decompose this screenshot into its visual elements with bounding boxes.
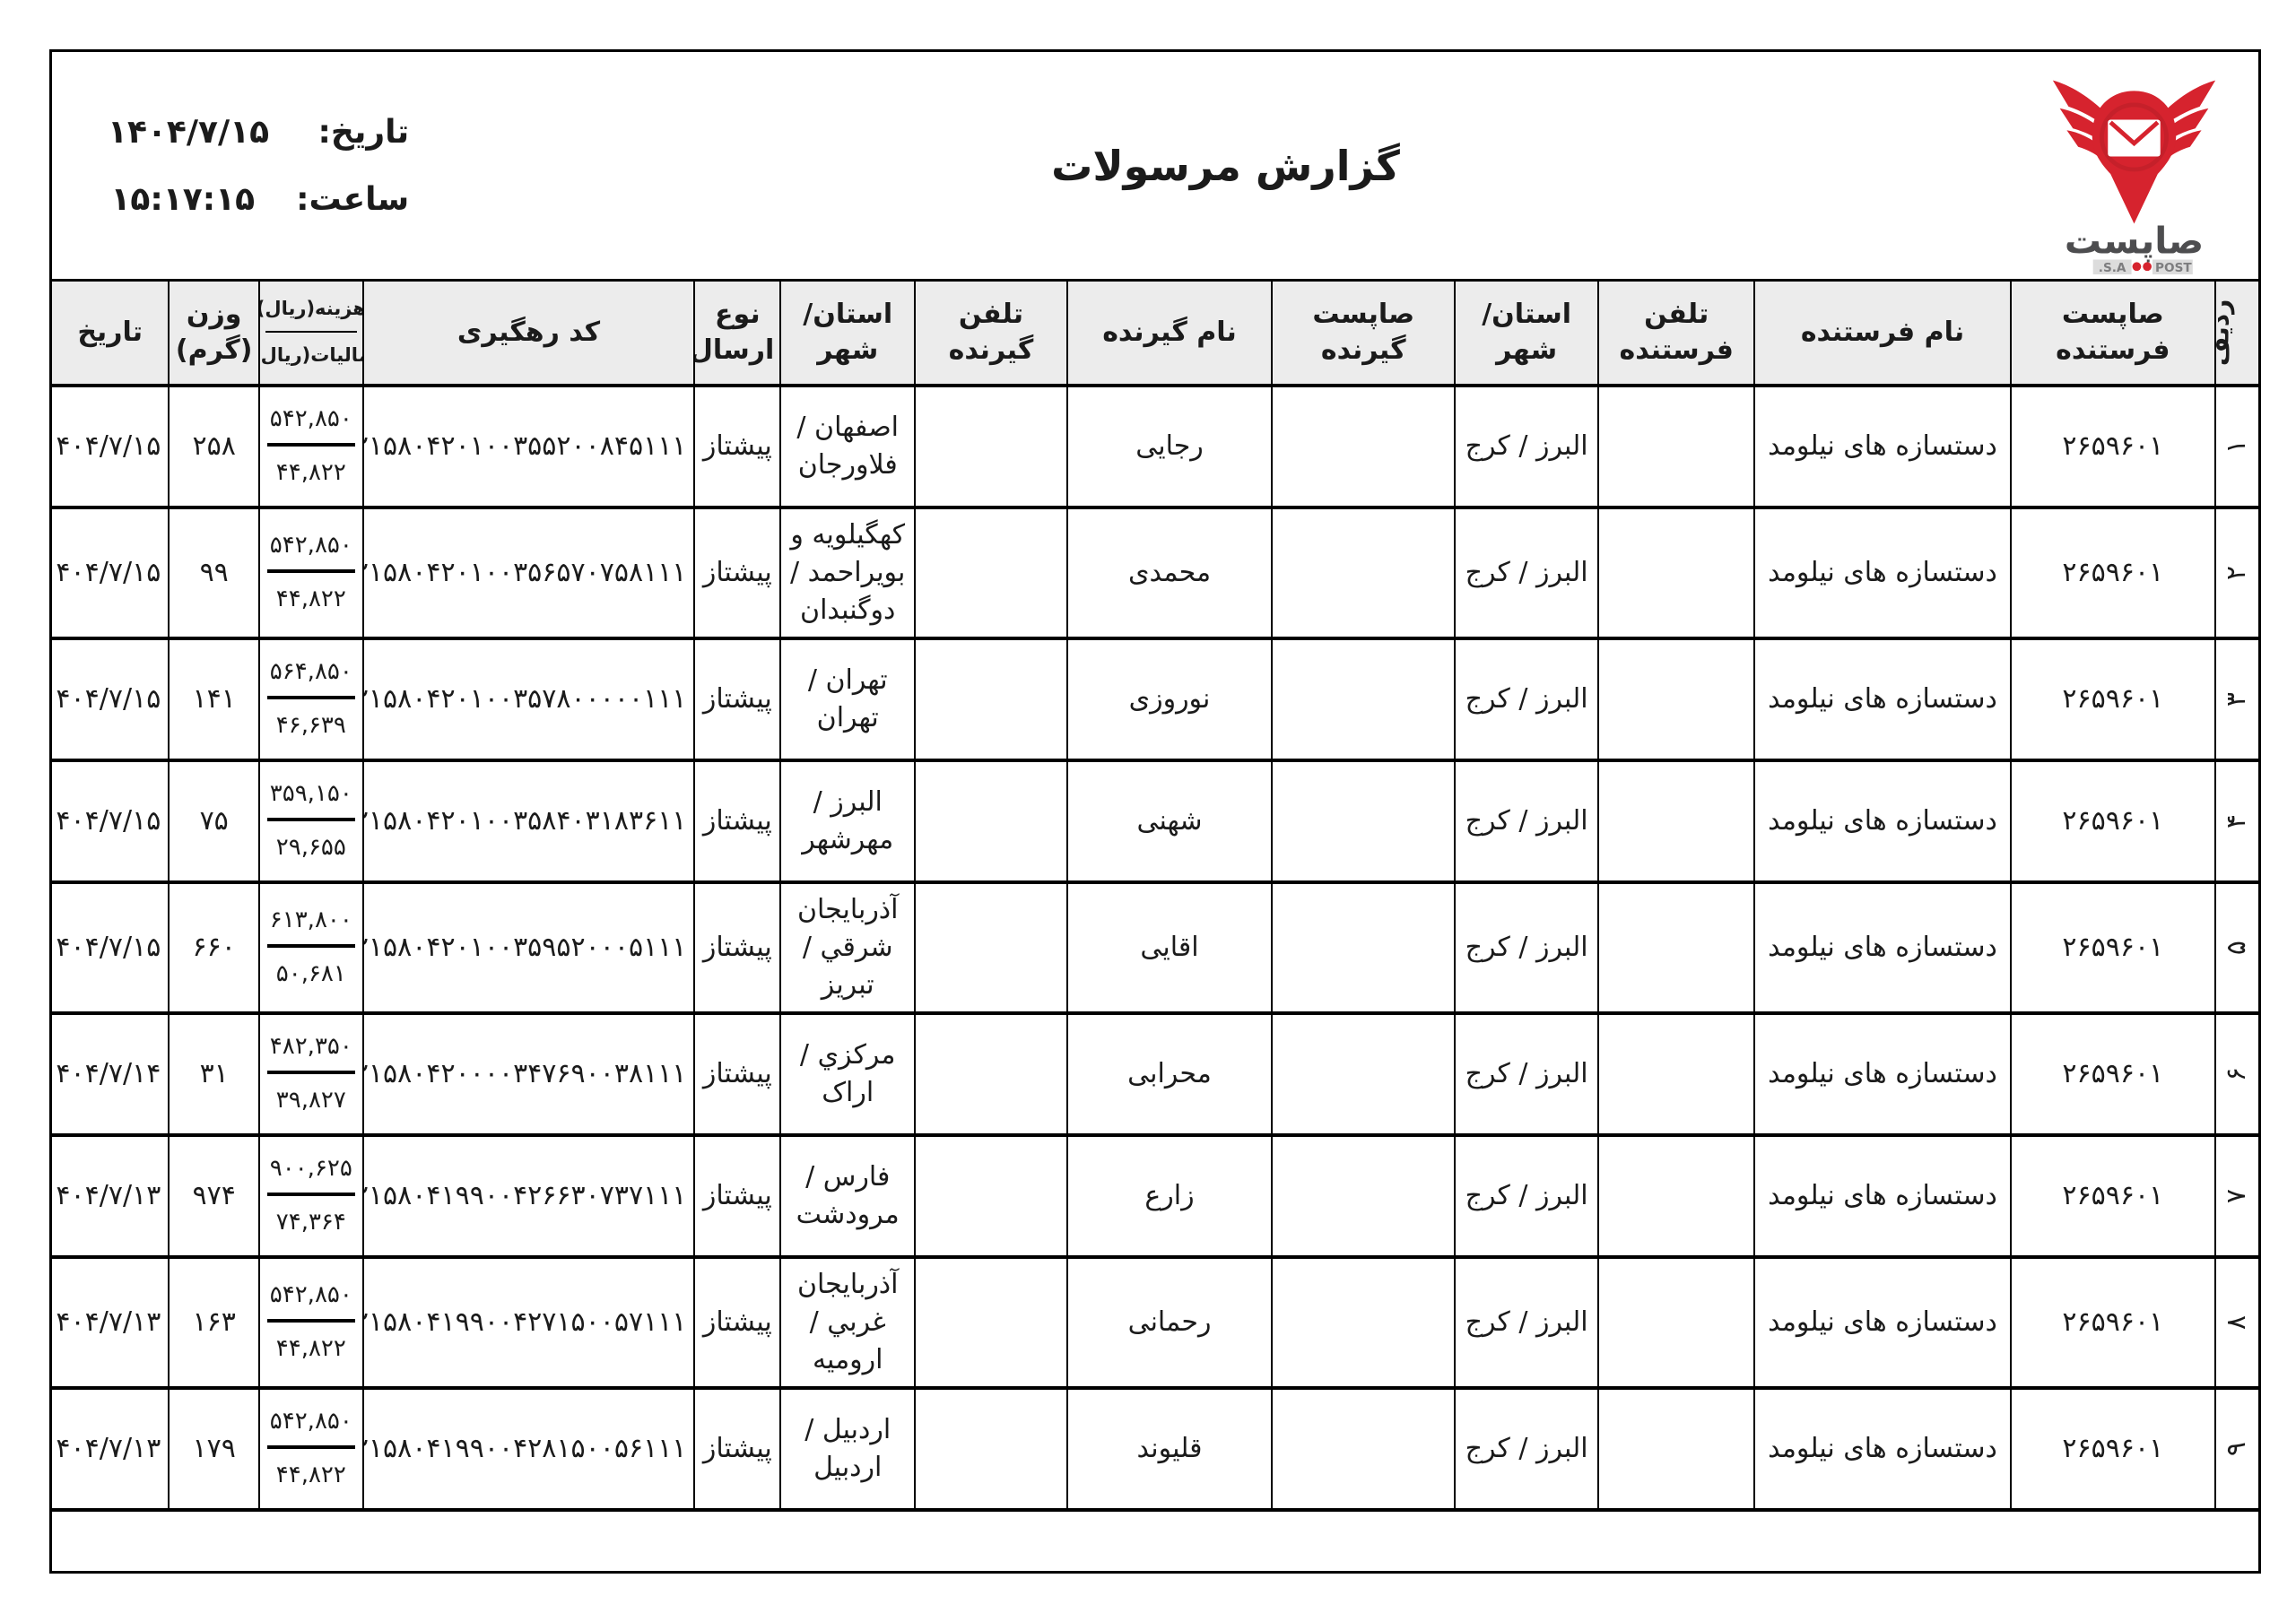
logo-brand-fa: صاپست	[2065, 219, 2204, 262]
cell-sender-sapost: ۲۶۵۹۶۰۱	[2011, 1257, 2216, 1388]
cell-sender-name: دستسازه های نیلومد	[1754, 882, 2010, 1013]
shipments-tbody: ۱ ۲۶۵۹۶۰۱ دستسازه های نیلومد البرز / کرج…	[52, 386, 2258, 1510]
cell-receiver-phone	[915, 507, 1067, 638]
cell-sender-name: دستسازه های نیلومد	[1754, 1135, 2010, 1257]
cell-sender-city: البرز / کرج	[1455, 760, 1598, 882]
cell-sender-phone	[1598, 760, 1754, 882]
cell-receiver-city: کهگیلویه و بویراحمد / دوگنبدان	[780, 507, 915, 638]
cell-date: ۱۴۰۴/۷/۱۵	[52, 507, 169, 638]
table-row: ۳ ۲۶۵۹۶۰۱ دستسازه های نیلومد البرز / کرج…	[52, 638, 2258, 760]
cell-sender-phone	[1598, 638, 1754, 760]
table-row: ۴ ۲۶۵۹۶۰۱ دستسازه های نیلومد البرز / کرج…	[52, 760, 2258, 882]
cell-cost: ۶۱۳,۸۰۰	[267, 896, 355, 948]
cell-cost: ۵۶۴,۸۵۰	[267, 647, 355, 699]
cell-receiver-sapost	[1272, 507, 1455, 638]
cell-send-type: پیشتاز	[694, 638, 780, 760]
cell-tracking-code: ۲۲۱۵۸۰۴۲۰۱۰۰۳۵۹۵۲۰۰۰۵۱۱۱	[363, 882, 695, 1013]
cell-sender-sapost: ۲۶۵۹۶۰۱	[2011, 760, 2216, 882]
cell-row-no: ۳	[2215, 638, 2258, 760]
report-page: صاپست S.A. POST گزارش مرسولات تاریخ: ۱۴۰…	[49, 49, 2261, 1574]
cell-sender-phone	[1598, 1135, 1754, 1257]
header-sender-name: نام فرستنده	[1754, 281, 2010, 386]
table-row: ۲ ۲۶۵۹۶۰۱ دستسازه های نیلومد البرز / کرج…	[52, 507, 2258, 638]
cell-tracking-code: ۲۲۱۵۸۰۴۱۹۹۰۰۴۲۶۶۳۰۷۳۷۱۱۱	[363, 1135, 695, 1257]
cell-receiver-name: نوروزی	[1067, 638, 1273, 760]
cell-row-no: ۶	[2215, 1013, 2258, 1135]
cell-date: ۱۴۰۴/۷/۱۴	[52, 1013, 169, 1135]
datetime-block: تاریخ: ۱۴۰۴/۷/۱۵ ساعت: ۱۵:۱۷:۱۵	[108, 114, 409, 218]
cell-row-no: ۲	[2215, 507, 2258, 638]
cell-receiver-city: اردبیل / اردبیل	[780, 1388, 915, 1510]
cell-date: ۱۴۰۴/۷/۱۵	[52, 386, 169, 507]
table-header-row: ردیف صاپست فرستنده نام فرستنده تلفن فرست…	[52, 281, 2258, 386]
cell-sender-phone	[1598, 1388, 1754, 1510]
cell-weight: ۱۶۳	[169, 1257, 259, 1388]
cell-tracking-code: ۲۲۱۵۸۰۴۲۰۱۰۰۳۵۵۲۰۰۸۴۵۱۱۱	[363, 386, 695, 507]
cell-sender-city: البرز / کرج	[1455, 1013, 1598, 1135]
date-row: تاریخ: ۱۴۰۴/۷/۱۵	[108, 114, 409, 151]
cell-cost: ۳۵۹,۱۵۰	[267, 769, 355, 821]
cell-sender-name: دستسازه های نیلومد	[1754, 760, 2010, 882]
cell-weight: ۹۹	[169, 507, 259, 638]
cell-row-no: ۵	[2215, 882, 2258, 1013]
cell-sender-phone	[1598, 1013, 1754, 1135]
cell-row-no: ۷	[2215, 1135, 2258, 1257]
cell-receiver-city: البرز / مهرشهر	[780, 760, 915, 882]
cell-send-type: پیشتاز	[694, 507, 780, 638]
table-row: ۶ ۲۶۵۹۶۰۱ دستسازه های نیلومد البرز / کرج…	[52, 1013, 2258, 1135]
cell-receiver-name: اقایی	[1067, 882, 1273, 1013]
cell-sender-name: دستسازه های نیلومد	[1754, 1013, 2010, 1135]
cell-sender-name: دستسازه های نیلومد	[1754, 638, 2010, 760]
cell-send-type: پیشتاز	[694, 760, 780, 882]
cell-sender-sapost: ۲۶۵۹۶۰۱	[2011, 507, 2216, 638]
cell-cost: ۵۴۲,۸۵۰	[267, 395, 355, 447]
cell-send-type: پیشتاز	[694, 1135, 780, 1257]
cell-receiver-phone	[915, 760, 1067, 882]
table-row: ۹ ۲۶۵۹۶۰۱ دستسازه های نیلومد البرز / کرج…	[52, 1388, 2258, 1510]
cell-receiver-phone	[915, 1135, 1067, 1257]
cell-cost: ۵۴۲,۸۵۰	[267, 1271, 355, 1323]
cell-tracking-code: ۲۲۱۵۸۰۴۱۹۹۰۰۴۲۷۱۵۰۰۵۷۱۱۱	[363, 1257, 695, 1388]
cell-sender-phone	[1598, 882, 1754, 1013]
cell-receiver-name: رجایی	[1067, 386, 1273, 507]
cell-date: ۱۴۰۴/۷/۱۵	[52, 882, 169, 1013]
cell-sender-city: البرز / کرج	[1455, 1257, 1598, 1388]
cell-receiver-city: مرکزي / اراک	[780, 1013, 915, 1135]
cell-receiver-phone	[915, 386, 1067, 507]
cell-sender-name: دستسازه های نیلومد	[1754, 386, 2010, 507]
header-sender-sapost: صاپست فرستنده	[2011, 281, 2216, 386]
page-title: گزارش مرسولات	[409, 142, 2042, 190]
cell-tax: ۴۴,۸۲۲	[267, 1323, 355, 1375]
logo-pin-icon	[2092, 91, 2177, 223]
cell-date: ۱۴۰۴/۷/۱۳	[52, 1388, 169, 1510]
header-receiver-sapost: صاپست گیرنده	[1272, 281, 1455, 386]
table-row: ۵ ۲۶۵۹۶۰۱ دستسازه های نیلومد البرز / کرج…	[52, 882, 2258, 1013]
cell-send-type: پیشتاز	[694, 1013, 780, 1135]
cell-tracking-code: ۲۲۱۵۸۰۴۲۰۱۰۰۳۵۸۴۰۳۱۸۳۶۱۱	[363, 760, 695, 882]
header-date: تاریخ	[52, 281, 169, 386]
cell-receiver-sapost	[1272, 1257, 1455, 1388]
cell-receiver-name: محرابی	[1067, 1013, 1273, 1135]
cell-sender-city: البرز / کرج	[1455, 386, 1598, 507]
cell-receiver-phone	[915, 1388, 1067, 1510]
cell-receiver-phone	[915, 882, 1067, 1013]
cell-date: ۱۴۰۴/۷/۱۵	[52, 760, 169, 882]
cell-receiver-name: زارع	[1067, 1135, 1273, 1257]
cell-tax: ۲۹,۶۵۵	[267, 821, 355, 873]
cell-sender-name: دستسازه های نیلومد	[1754, 1257, 2010, 1388]
cell-weight: ۱۴۱	[169, 638, 259, 760]
cell-row-no: ۴	[2215, 760, 2258, 882]
cell-sender-sapost: ۲۶۵۹۶۰۱	[2011, 882, 2216, 1013]
cell-sender-phone	[1598, 1257, 1754, 1388]
sapost-logo: صاپست S.A. POST	[2042, 68, 2226, 276]
cell-cost: ۴۸۲,۳۵۰	[267, 1022, 355, 1074]
cell-tax: ۴۴,۸۲۲	[267, 573, 355, 625]
cell-receiver-sapost	[1272, 760, 1455, 882]
cell-tracking-code: ۲۲۱۵۸۰۴۱۹۹۰۰۴۲۸۱۵۰۰۵۶۱۱۱	[363, 1388, 695, 1510]
header-receiver-city: استان/ شهر	[780, 281, 915, 386]
shipments-table: ردیف صاپست فرستنده نام فرستنده تلفن فرست…	[52, 279, 2258, 1512]
cell-sender-city: البرز / کرج	[1455, 638, 1598, 760]
cell-sender-phone	[1598, 507, 1754, 638]
cell-tracking-code: ۲۲۱۵۸۰۴۲۰۱۰۰۳۵۶۵۷۰۷۵۸۱۱۱	[363, 507, 695, 638]
cell-receiver-sapost	[1272, 1135, 1455, 1257]
cell-cost-tax: ۵۴۲,۸۵۰ ۴۴,۸۲۲	[259, 1257, 363, 1388]
cell-cost-tax: ۵۴۲,۸۵۰ ۴۴,۸۲۲	[259, 386, 363, 507]
cell-weight: ۷۵	[169, 760, 259, 882]
cell-receiver-name: قلیوند	[1067, 1388, 1273, 1510]
cell-tax: ۴۶,۶۳۹	[267, 699, 355, 751]
date-label: تاریخ:	[310, 114, 409, 151]
cell-receiver-sapost	[1272, 638, 1455, 760]
report-header: صاپست S.A. POST گزارش مرسولات تاریخ: ۱۴۰…	[52, 52, 2258, 279]
date-value: ۱۴۰۴/۷/۱۵	[108, 114, 269, 151]
cell-tax: ۵۰,۶۸۱	[267, 948, 355, 1000]
time-row: ساعت: ۱۵:۱۷:۱۵	[108, 181, 409, 218]
cell-receiver-city: آذربایجان غربي / ارومیه	[780, 1257, 915, 1388]
cell-sender-city: البرز / کرج	[1455, 882, 1598, 1013]
cell-cost: ۹۰۰,۶۲۵	[267, 1144, 355, 1196]
cell-receiver-phone	[915, 638, 1067, 760]
cell-sender-city: البرز / کرج	[1455, 1388, 1598, 1510]
cell-weight: ۱۷۹	[169, 1388, 259, 1510]
cell-tax: ۷۴,۳۶۴	[267, 1196, 355, 1248]
header-sender-phone: تلفن فرستنده	[1598, 281, 1754, 386]
header-cost: هزینه(ریال)	[265, 287, 357, 333]
logo-brand-en-right: POST	[2155, 261, 2192, 275]
cell-sender-name: دستسازه های نیلومد	[1754, 507, 2010, 638]
table-row: ۱ ۲۶۵۹۶۰۱ دستسازه های نیلومد البرز / کرج…	[52, 386, 2258, 507]
cell-cost-tax: ۳۵۹,۱۵۰ ۲۹,۶۵۵	[259, 760, 363, 882]
cell-tax: ۴۴,۸۲۲	[267, 1449, 355, 1501]
cell-receiver-phone	[915, 1013, 1067, 1135]
sapost-logo-graphic: صاپست S.A. POST	[2042, 68, 2226, 276]
cell-sender-sapost: ۲۶۵۹۶۰۱	[2011, 1388, 2216, 1510]
cell-weight: ۲۵۸	[169, 386, 259, 507]
cell-tax: ۴۴,۸۲۲	[267, 447, 355, 499]
header-cost-tax: هزینه(ریال) مالیات(ریال)	[259, 281, 363, 386]
cell-cost: ۵۴۲,۸۵۰	[267, 1397, 355, 1449]
cell-send-type: پیشتاز	[694, 882, 780, 1013]
header-row-no: ردیف	[2215, 281, 2258, 386]
cell-weight: ۳۱	[169, 1013, 259, 1135]
cell-cost-tax: ۴۸۲,۳۵۰ ۳۹,۸۲۷	[259, 1013, 363, 1135]
cell-receiver-sapost	[1272, 1388, 1455, 1510]
cell-receiver-sapost	[1272, 1013, 1455, 1135]
table-row: ۸ ۲۶۵۹۶۰۱ دستسازه های نیلومد البرز / کرج…	[52, 1257, 2258, 1388]
header-weight: وزن (گرم)	[169, 281, 259, 386]
cell-date: ۱۴۰۴/۷/۱۳	[52, 1135, 169, 1257]
cell-cost-tax: ۹۰۰,۶۲۵ ۷۴,۳۶۴	[259, 1135, 363, 1257]
cell-receiver-sapost	[1272, 386, 1455, 507]
cell-send-type: پیشتاز	[694, 1388, 780, 1510]
logo-envelope-icon	[2108, 119, 2160, 156]
cell-row-no: ۸	[2215, 1257, 2258, 1388]
cell-weight: ۹۷۴	[169, 1135, 259, 1257]
cell-weight: ۶۶۰	[169, 882, 259, 1013]
cell-date: ۱۴۰۴/۷/۱۳	[52, 1257, 169, 1388]
header-tax: مالیات(ریال)	[265, 333, 357, 378]
cell-receiver-name: محمدی	[1067, 507, 1273, 638]
cell-tracking-code: ۲۲۱۵۸۰۴۲۰۱۰۰۳۵۷۸۰۰۰۰۰۱۱۱	[363, 638, 695, 760]
cell-tax: ۳۹,۸۲۷	[267, 1074, 355, 1126]
cell-cost-tax: ۵۴۲,۸۵۰ ۴۴,۸۲۲	[259, 507, 363, 638]
cell-cost: ۵۴۲,۸۵۰	[267, 521, 355, 573]
cell-cost-tax: ۵۶۴,۸۵۰ ۴۶,۶۳۹	[259, 638, 363, 760]
cell-date: ۱۴۰۴/۷/۱۵	[52, 638, 169, 760]
header-sender-city: استان/ شهر	[1455, 281, 1598, 386]
cell-row-no: ۹	[2215, 1388, 2258, 1510]
cell-sender-sapost: ۲۶۵۹۶۰۱	[2011, 1135, 2216, 1257]
header-receiver-phone: تلفن گیرنده	[915, 281, 1067, 386]
cell-sender-sapost: ۲۶۵۹۶۰۱	[2011, 638, 2216, 760]
table-row: ۷ ۲۶۵۹۶۰۱ دستسازه های نیلومد البرز / کرج…	[52, 1135, 2258, 1257]
cell-send-type: پیشتاز	[694, 386, 780, 507]
time-value: ۱۵:۱۷:۱۵	[110, 181, 255, 218]
cell-receiver-city: تهران / تهران	[780, 638, 915, 760]
cell-cost-tax: ۶۱۳,۸۰۰ ۵۰,۶۸۱	[259, 882, 363, 1013]
cell-receiver-name: شهنی	[1067, 760, 1273, 882]
cell-sender-city: البرز / کرج	[1455, 507, 1598, 638]
cell-row-no: ۱	[2215, 386, 2258, 507]
cell-sender-sapost: ۲۶۵۹۶۰۱	[2011, 1013, 2216, 1135]
cell-send-type: پیشتاز	[694, 1257, 780, 1388]
cell-cost-tax: ۵۴۲,۸۵۰ ۴۴,۸۲۲	[259, 1388, 363, 1510]
cell-receiver-city: آذربایجان شرقي / تبریز	[780, 882, 915, 1013]
cell-tracking-code: ۲۲۱۵۸۰۴۲۰۰۰۰۳۴۷۶۹۰۰۳۸۱۱۱	[363, 1013, 695, 1135]
cell-receiver-sapost	[1272, 882, 1455, 1013]
cell-receiver-name: رحمانی	[1067, 1257, 1273, 1388]
header-receiver-name: نام گیرنده	[1067, 281, 1273, 386]
cell-sender-city: البرز / کرج	[1455, 1135, 1598, 1257]
time-label: ساعت:	[296, 181, 409, 218]
cell-sender-phone	[1598, 386, 1754, 507]
header-send-type: نوع ارسال	[694, 281, 780, 386]
cell-receiver-city: اصفهان / فلاورجان	[780, 386, 915, 507]
cell-receiver-phone	[915, 1257, 1067, 1388]
header-tracking-code: کد رهگیری	[363, 281, 695, 386]
cell-receiver-city: فارس / مرودشت	[780, 1135, 915, 1257]
logo-brand-en-left: S.A.	[2099, 261, 2126, 275]
cell-sender-name: دستسازه های نیلومد	[1754, 1388, 2010, 1510]
cell-sender-sapost: ۲۶۵۹۶۰۱	[2011, 386, 2216, 507]
